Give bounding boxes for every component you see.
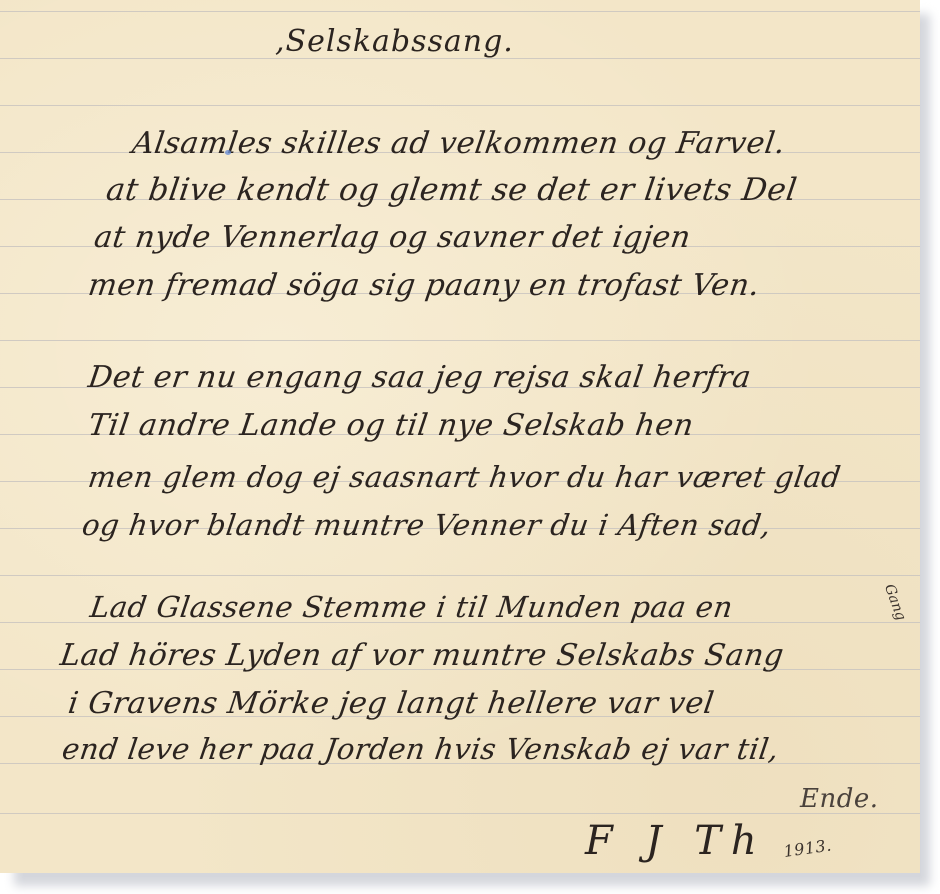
verse-line: Til andre Lande og til nye Selskab hen bbox=[86, 408, 696, 443]
ruled-line bbox=[0, 11, 920, 12]
signature: F J Th bbox=[585, 818, 767, 864]
verse-line: end leve her paa Jorden hvis Venskab ej … bbox=[60, 732, 781, 766]
verse-line: Lad höres Lyden af vor muntre Selskabs S… bbox=[58, 638, 786, 673]
ink-blot bbox=[225, 150, 231, 155]
verse-line: men glem dog ej saasnart hvor du har vær… bbox=[86, 460, 843, 494]
year-date: 1913. bbox=[782, 835, 832, 861]
document-viewer: ,Selskabssang. Alsamles skilles ad velko… bbox=[0, 0, 940, 894]
ruled-line bbox=[0, 575, 920, 576]
verse-line: Alsamles skilles ad velkommen og Farvel. bbox=[130, 126, 788, 161]
verse-line: at blive kendt og glemt se det er livets… bbox=[104, 172, 799, 208]
verse-line: og hvor blandt muntre Venner du i Aften … bbox=[80, 508, 773, 542]
verse-line: at nyde Vennerlag og savner det igjen bbox=[92, 220, 693, 255]
manuscript-page: ,Selskabssang. Alsamles skilles ad velko… bbox=[0, 0, 920, 873]
verse-line: Lad Glassene Stemme i til Munden paa en bbox=[88, 590, 735, 624]
margin-note: Gang bbox=[881, 582, 909, 623]
verse-line: Det er nu engang saa jeg rejsa skal herf… bbox=[86, 360, 753, 395]
verse-line: i Gravens Mörke jeg langt hellere var ve… bbox=[66, 686, 716, 721]
song-title: ,Selskabssang. bbox=[275, 24, 514, 59]
ruled-line bbox=[0, 105, 920, 106]
ruled-line bbox=[0, 340, 920, 341]
ruled-line bbox=[0, 813, 920, 814]
closing-mark: Ende. bbox=[800, 784, 879, 814]
verse-line: men fremad söga sig paany en trofast Ven… bbox=[86, 268, 762, 303]
